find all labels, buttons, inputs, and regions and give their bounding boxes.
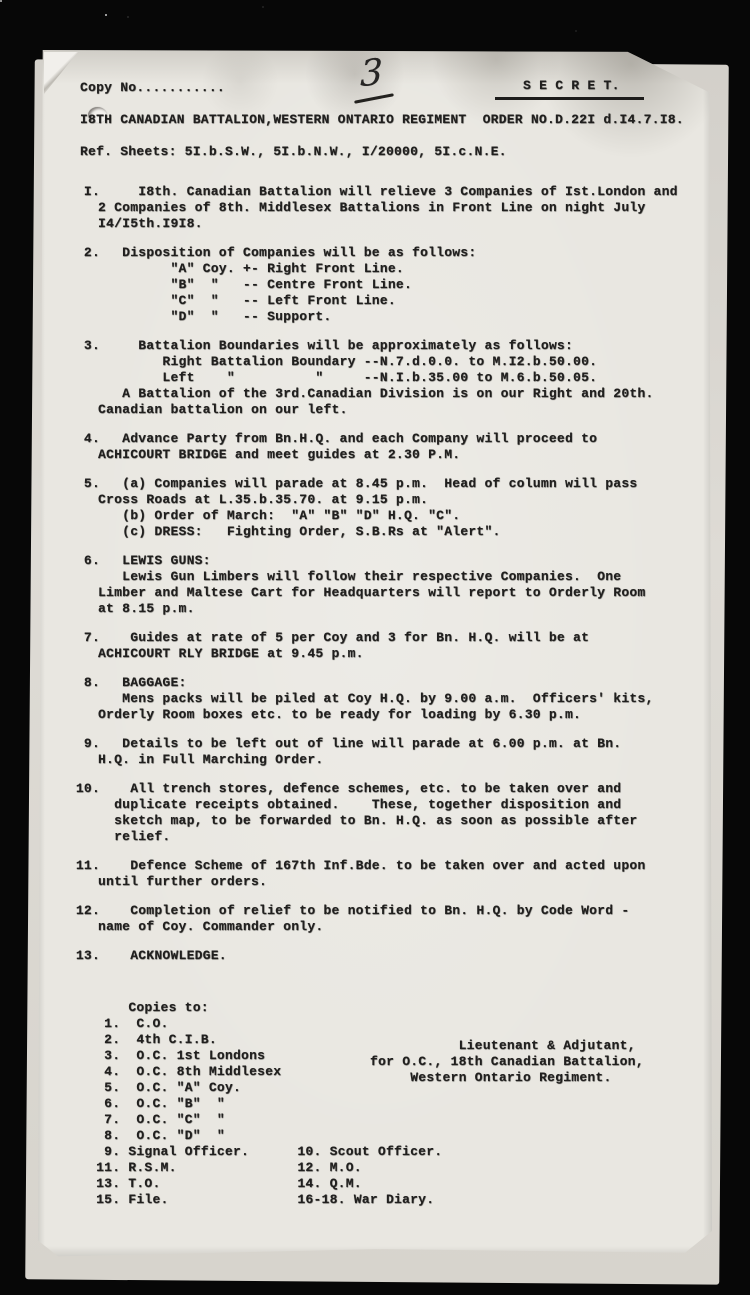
item-body: (a) Companies will parade at 8.45 p.m. H… bbox=[98, 476, 712, 540]
paper-sheet: Copy No........... 3 S E C R E T. I8TH C… bbox=[38, 50, 712, 1260]
item-number: 13. bbox=[74, 948, 100, 964]
item-number: I. bbox=[74, 184, 100, 200]
item-body: Completion of relief to be notified to B… bbox=[98, 903, 712, 935]
order-items: I. I8th. Canadian Battalion will relieve… bbox=[38, 184, 712, 1240]
classification-secret: S E C R E T. bbox=[495, 78, 644, 100]
item-body: Battalion Boundaries will be approximate… bbox=[98, 338, 712, 418]
order-item-3: 3. Battalion Boundaries will be approxim… bbox=[38, 338, 712, 418]
corner-fold bbox=[44, 52, 78, 94]
order-title: I8TH CANADIAN BATTALION,WESTERN ONTARIO … bbox=[80, 112, 684, 128]
item-number: 4. bbox=[74, 431, 100, 447]
item-body: Details to be left out of line will para… bbox=[98, 736, 712, 768]
order-item-5: 5. (a) Companies will parade at 8.45 p.m… bbox=[38, 476, 712, 540]
ref-sheets: Ref. Sheets: 5I.b.S.W., 5I.b.N.W., I/200… bbox=[80, 144, 507, 160]
item-number: 7. bbox=[74, 630, 100, 646]
order-item-11: 11. Defence Scheme of 167th Inf.Bde. to … bbox=[38, 858, 712, 890]
item-body: Defence Scheme of 167th Inf.Bde. to be t… bbox=[98, 858, 712, 890]
item-body: I8th. Canadian Battalion will relieve 3 … bbox=[98, 184, 712, 232]
item-body: All trench stores, defence schemes, etc.… bbox=[98, 781, 712, 845]
order-item-4: 4. Advance Party from Bn.H.Q. and each C… bbox=[38, 431, 712, 463]
item-body: LEWIS GUNS: Lewis Gun Limbers will follo… bbox=[98, 553, 712, 617]
item-body: BAGGAGE: Mens packs will be piled at Coy… bbox=[98, 675, 712, 723]
order-item-12: 12. Completion of relief to be notified … bbox=[38, 903, 712, 935]
copy-number-label: Copy No........... bbox=[80, 80, 225, 96]
order-item-10: 10. All trench stores, defence schemes, … bbox=[38, 781, 712, 845]
item-number: 12. bbox=[74, 903, 100, 919]
scan-background: { "colors": { "scan_background": "#07070… bbox=[0, 0, 750, 1295]
item-body: Guides at rate of 5 per Coy and 3 for Bn… bbox=[98, 630, 712, 662]
copies-list: Copies to: 1. C.O. 2. 4th C.I.B. 3. O.C.… bbox=[80, 984, 712, 1240]
order-item-13: 13. ACKNOWLEDGE. bbox=[38, 948, 712, 964]
item-number: 9. bbox=[74, 736, 100, 752]
order-item-6: 6. LEWIS GUNS: Lewis Gun Limbers will fo… bbox=[38, 553, 712, 617]
order-item-2: 2. Disposition of Companies will be as f… bbox=[38, 245, 712, 325]
item-number: 8. bbox=[74, 675, 100, 691]
item-number: 2. bbox=[74, 245, 100, 261]
order-item-9: 9. Details to be left out of line will p… bbox=[38, 736, 712, 768]
scan-dust-specks bbox=[0, 0, 2, 2]
item-number: 6. bbox=[74, 553, 100, 569]
copy-number-handwritten: 3 bbox=[360, 55, 383, 94]
item-number: 11. bbox=[74, 858, 100, 874]
signature-block: Lieutenant & Adjutant, for O.C., 18th Ca… bbox=[370, 1038, 644, 1086]
item-number: 3. bbox=[74, 338, 100, 354]
order-item-1: I. I8th. Canadian Battalion will relieve… bbox=[38, 184, 712, 232]
order-item-8: 8. BAGGAGE: Mens packs will be piled at … bbox=[38, 675, 712, 723]
item-body: Advance Party from Bn.H.Q. and each Comp… bbox=[98, 431, 712, 463]
order-item-7: 7. Guides at rate of 5 per Coy and 3 for… bbox=[38, 630, 712, 662]
item-body: ACKNOWLEDGE. bbox=[98, 948, 712, 964]
copies-list-text: Copies to: 1. C.O. 2. 4th C.I.B. 3. O.C.… bbox=[80, 1000, 442, 1207]
item-number: 5. bbox=[74, 476, 100, 492]
item-number: 10. bbox=[74, 781, 100, 797]
item-body: Disposition of Companies will be as foll… bbox=[98, 245, 712, 325]
